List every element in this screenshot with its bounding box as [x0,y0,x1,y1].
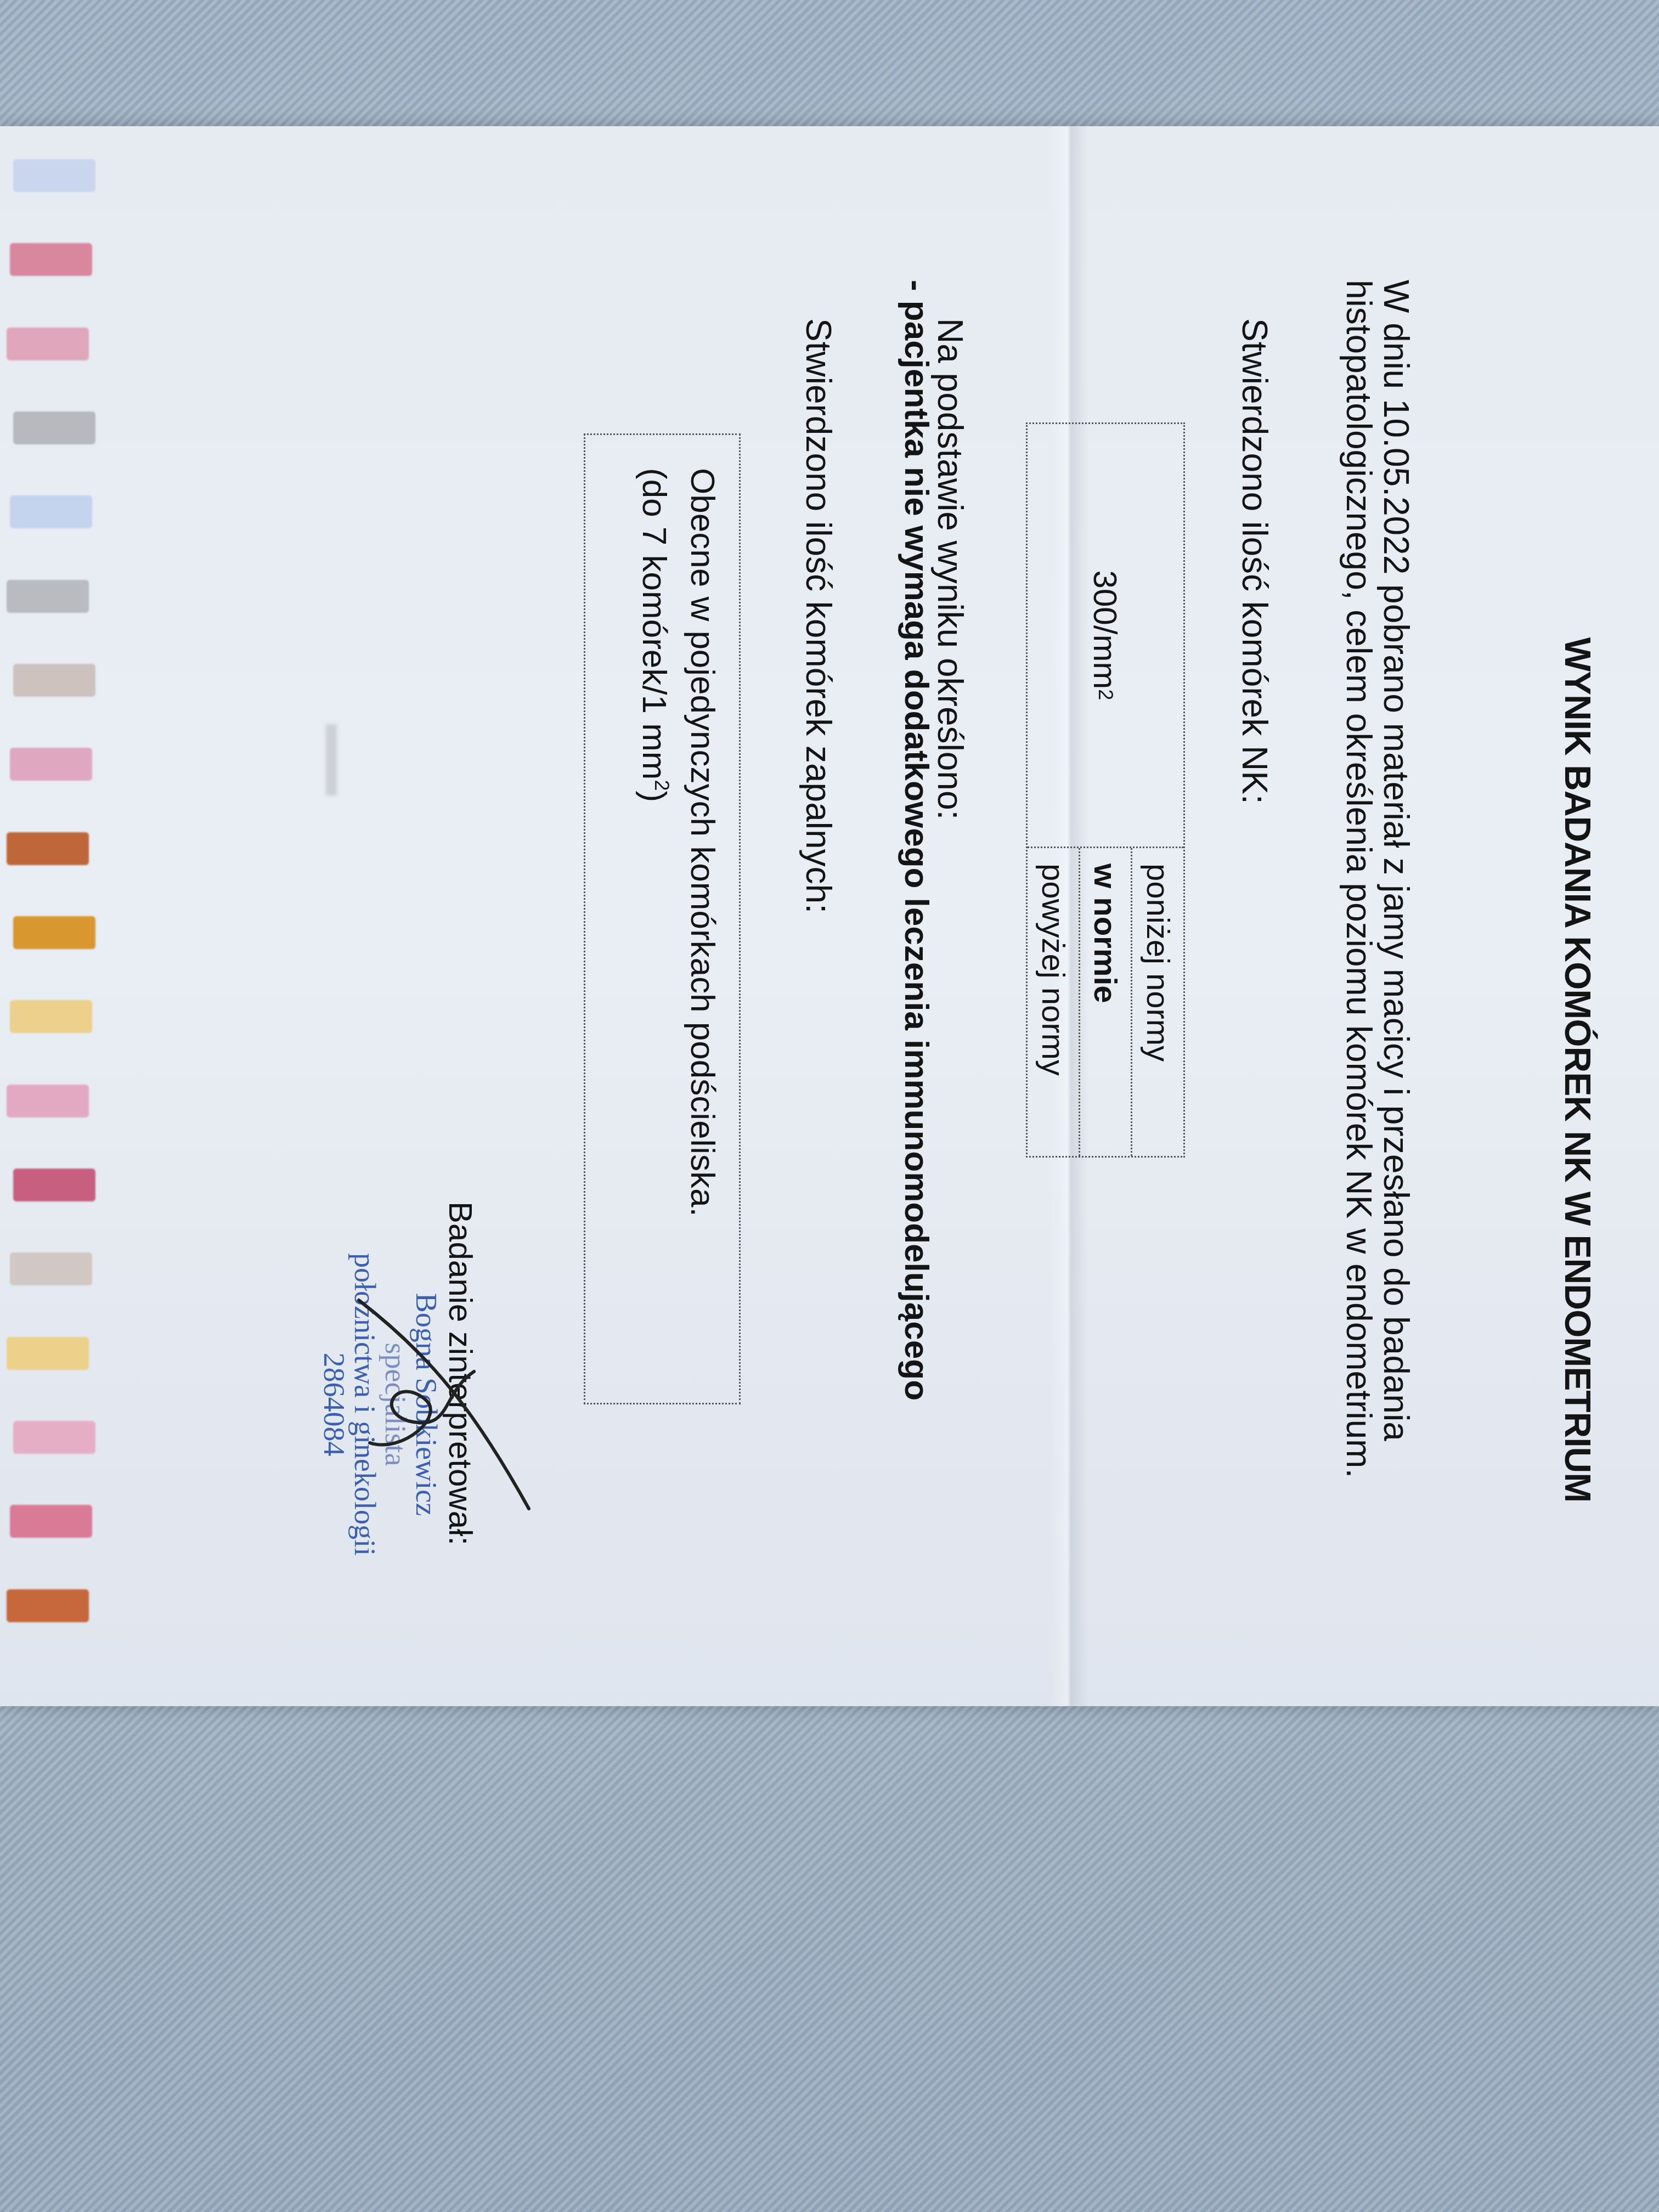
intro-paragraph: W dniu 10.05.2022 pobrano materiał z jam… [1340,280,1415,1596]
color-swatch [7,1085,89,1118]
conclusion-label: Na podstawie wyniku określono: [930,318,970,820]
color-swatch [7,1337,89,1370]
nk-value-cell: 300/mm2 [1028,424,1183,848]
nk-scale-below: poniżej normy [1131,848,1183,1156]
inflammatory-line-2: (do 7 komórek/1 mm2) [634,468,682,1370]
color-swatch [10,495,92,528]
nk-value-superscript: 2 [1094,689,1117,700]
color-swatch [10,243,92,276]
color-swatch [13,159,95,192]
inflammatory-line-2-suffix: ) [635,791,673,803]
nk-value: 300/mm [1087,571,1125,690]
color-swatch [7,328,89,360]
color-swatch [13,411,95,444]
intro-line-1: W dniu 10.05.2022 pobrano materiał z jam… [1378,280,1415,1596]
color-swatch [13,664,95,697]
inflammatory-line-2-text: (do 7 komórek/1 mm [635,468,673,780]
nk-scale-above: powyżej normy [1028,848,1079,1156]
color-swatch [7,1589,89,1622]
color-swatch [7,580,89,613]
color-swatch [10,1000,92,1033]
nk-scale-normal: w normie [1079,848,1131,1156]
color-swatch [7,832,89,865]
color-swatch [13,1421,95,1454]
nk-result-table: 300/mm2 poniżej normy w normie powyżej n… [1026,422,1185,1158]
conclusion-item: - pacjentka nie wymaga dodatkowego lecze… [897,280,936,1401]
nk-count-label: Stwierdzono ilość komórek NK: [1234,318,1275,804]
color-swatch-strip [0,126,112,1706]
report-page: WYNIK BADANIA KOMÓREK NK W ENDOMETRIUM W… [0,126,1659,1706]
inflammatory-label: Stwierdzono ilość komórek zapalnych: [798,318,839,913]
color-swatch [13,916,95,949]
color-swatch [13,1169,95,1201]
color-swatch [10,1252,92,1285]
ink-smudge [326,724,337,795]
inflammatory-line-1: Obecne w pojedynczych komórkach podściel… [682,468,723,1370]
inflammatory-superscript: 2 [651,780,673,791]
nk-scale: poniżej normy w normie powyżej normy [1028,848,1183,1156]
color-swatch [10,748,92,781]
document-title: WYNIK BADANIA KOMÓREK NK W ENDOMETRIUM [1557,549,1599,1591]
color-swatch [10,1505,92,1538]
inflammatory-result-box: Obecne w pojedynczych komórkach podściel… [584,433,741,1404]
intro-line-2: histopatologicznego, celem określenia po… [1340,280,1378,1596]
handwritten-signature-icon [342,1289,540,1520]
